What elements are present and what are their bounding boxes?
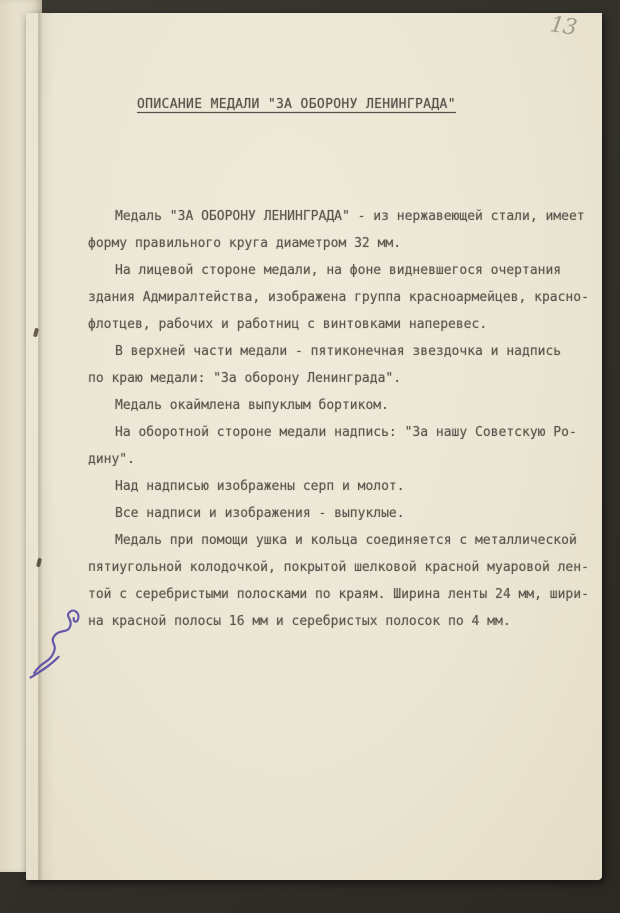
- text-line: Все надписи и изображения - выпуклые.: [88, 500, 613, 527]
- text-line: флотцев, рабочих и работниц с винтовками…: [88, 311, 613, 338]
- text-line: В верхней части медали - пятиконечная зв…: [88, 338, 613, 365]
- paragraph: Все надписи и изображения - выпуклые.: [88, 500, 613, 527]
- text-line: Над надписью изображены серп и молот.: [88, 473, 613, 500]
- document-page: 13 ОПИСАНИЕ МЕДАЛИ "ЗА ОБОРОНУ ЛЕНИНГРАД…: [26, 13, 602, 880]
- text-line: на красной полосы 16 мм и серебристых по…: [88, 608, 613, 635]
- text-line: На лицевой стороне медали, на фоне видне…: [88, 257, 613, 284]
- text-line: Медаль "ЗА ОБОРОНУ ЛЕНИНГРАДА" - из нерж…: [88, 203, 613, 230]
- paragraph: Медаль окаймлена выпуклым бортиком.: [88, 392, 613, 419]
- text-line: На оборотной стороне медали надпись: "За…: [88, 419, 613, 446]
- photo-background: 13 ОПИСАНИЕ МЕДАЛИ "ЗА ОБОРОНУ ЛЕНИНГРАД…: [0, 0, 620, 913]
- text-line: дину".: [88, 446, 613, 473]
- text-line: по краю медали: "За оборону Ленинграда".: [88, 365, 613, 392]
- paragraph: Медаль при помощи ушка и кольца соединяе…: [88, 527, 613, 635]
- page-number: 13: [548, 12, 578, 41]
- paragraph: Над надписью изображены серп и молот.: [88, 473, 613, 500]
- binding-stitch-mark: [33, 328, 39, 338]
- text-line: Медаль окаймлена выпуклым бортиком.: [88, 392, 613, 419]
- text-line: той с серебристыми полосками по краям. Ш…: [88, 581, 613, 608]
- text-line: Медаль при помощи ушка и кольца соединяе…: [88, 527, 613, 554]
- paragraph: На лицевой стороне медали, на фоне видне…: [88, 257, 613, 338]
- paragraph: Медаль "ЗА ОБОРОНУ ЛЕНИНГРАДА" - из нерж…: [88, 203, 613, 257]
- document-title: ОПИСАНИЕ МЕДАЛИ "ЗА ОБОРОНУ ЛЕНИНГРАДА": [137, 97, 456, 112]
- paragraph: В верхней части медали - пятиконечная зв…: [88, 338, 613, 392]
- binding-stitch-mark: [36, 558, 42, 568]
- margin-ink-signature-icon: [16, 595, 106, 685]
- text-line: форму правильного круга диаметром 32 мм.: [88, 230, 613, 257]
- document-body: Медаль "ЗА ОБОРОНУ ЛЕНИНГРАДА" - из нерж…: [88, 203, 613, 635]
- binding-fold-shadow: [38, 13, 54, 880]
- text-line: здания Адмиралтейства, изображена группа…: [88, 284, 613, 311]
- text-line: пятиугольной колодочкой, покрытой шелков…: [88, 554, 613, 581]
- paragraph: На оборотной стороне медали надпись: "За…: [88, 419, 613, 473]
